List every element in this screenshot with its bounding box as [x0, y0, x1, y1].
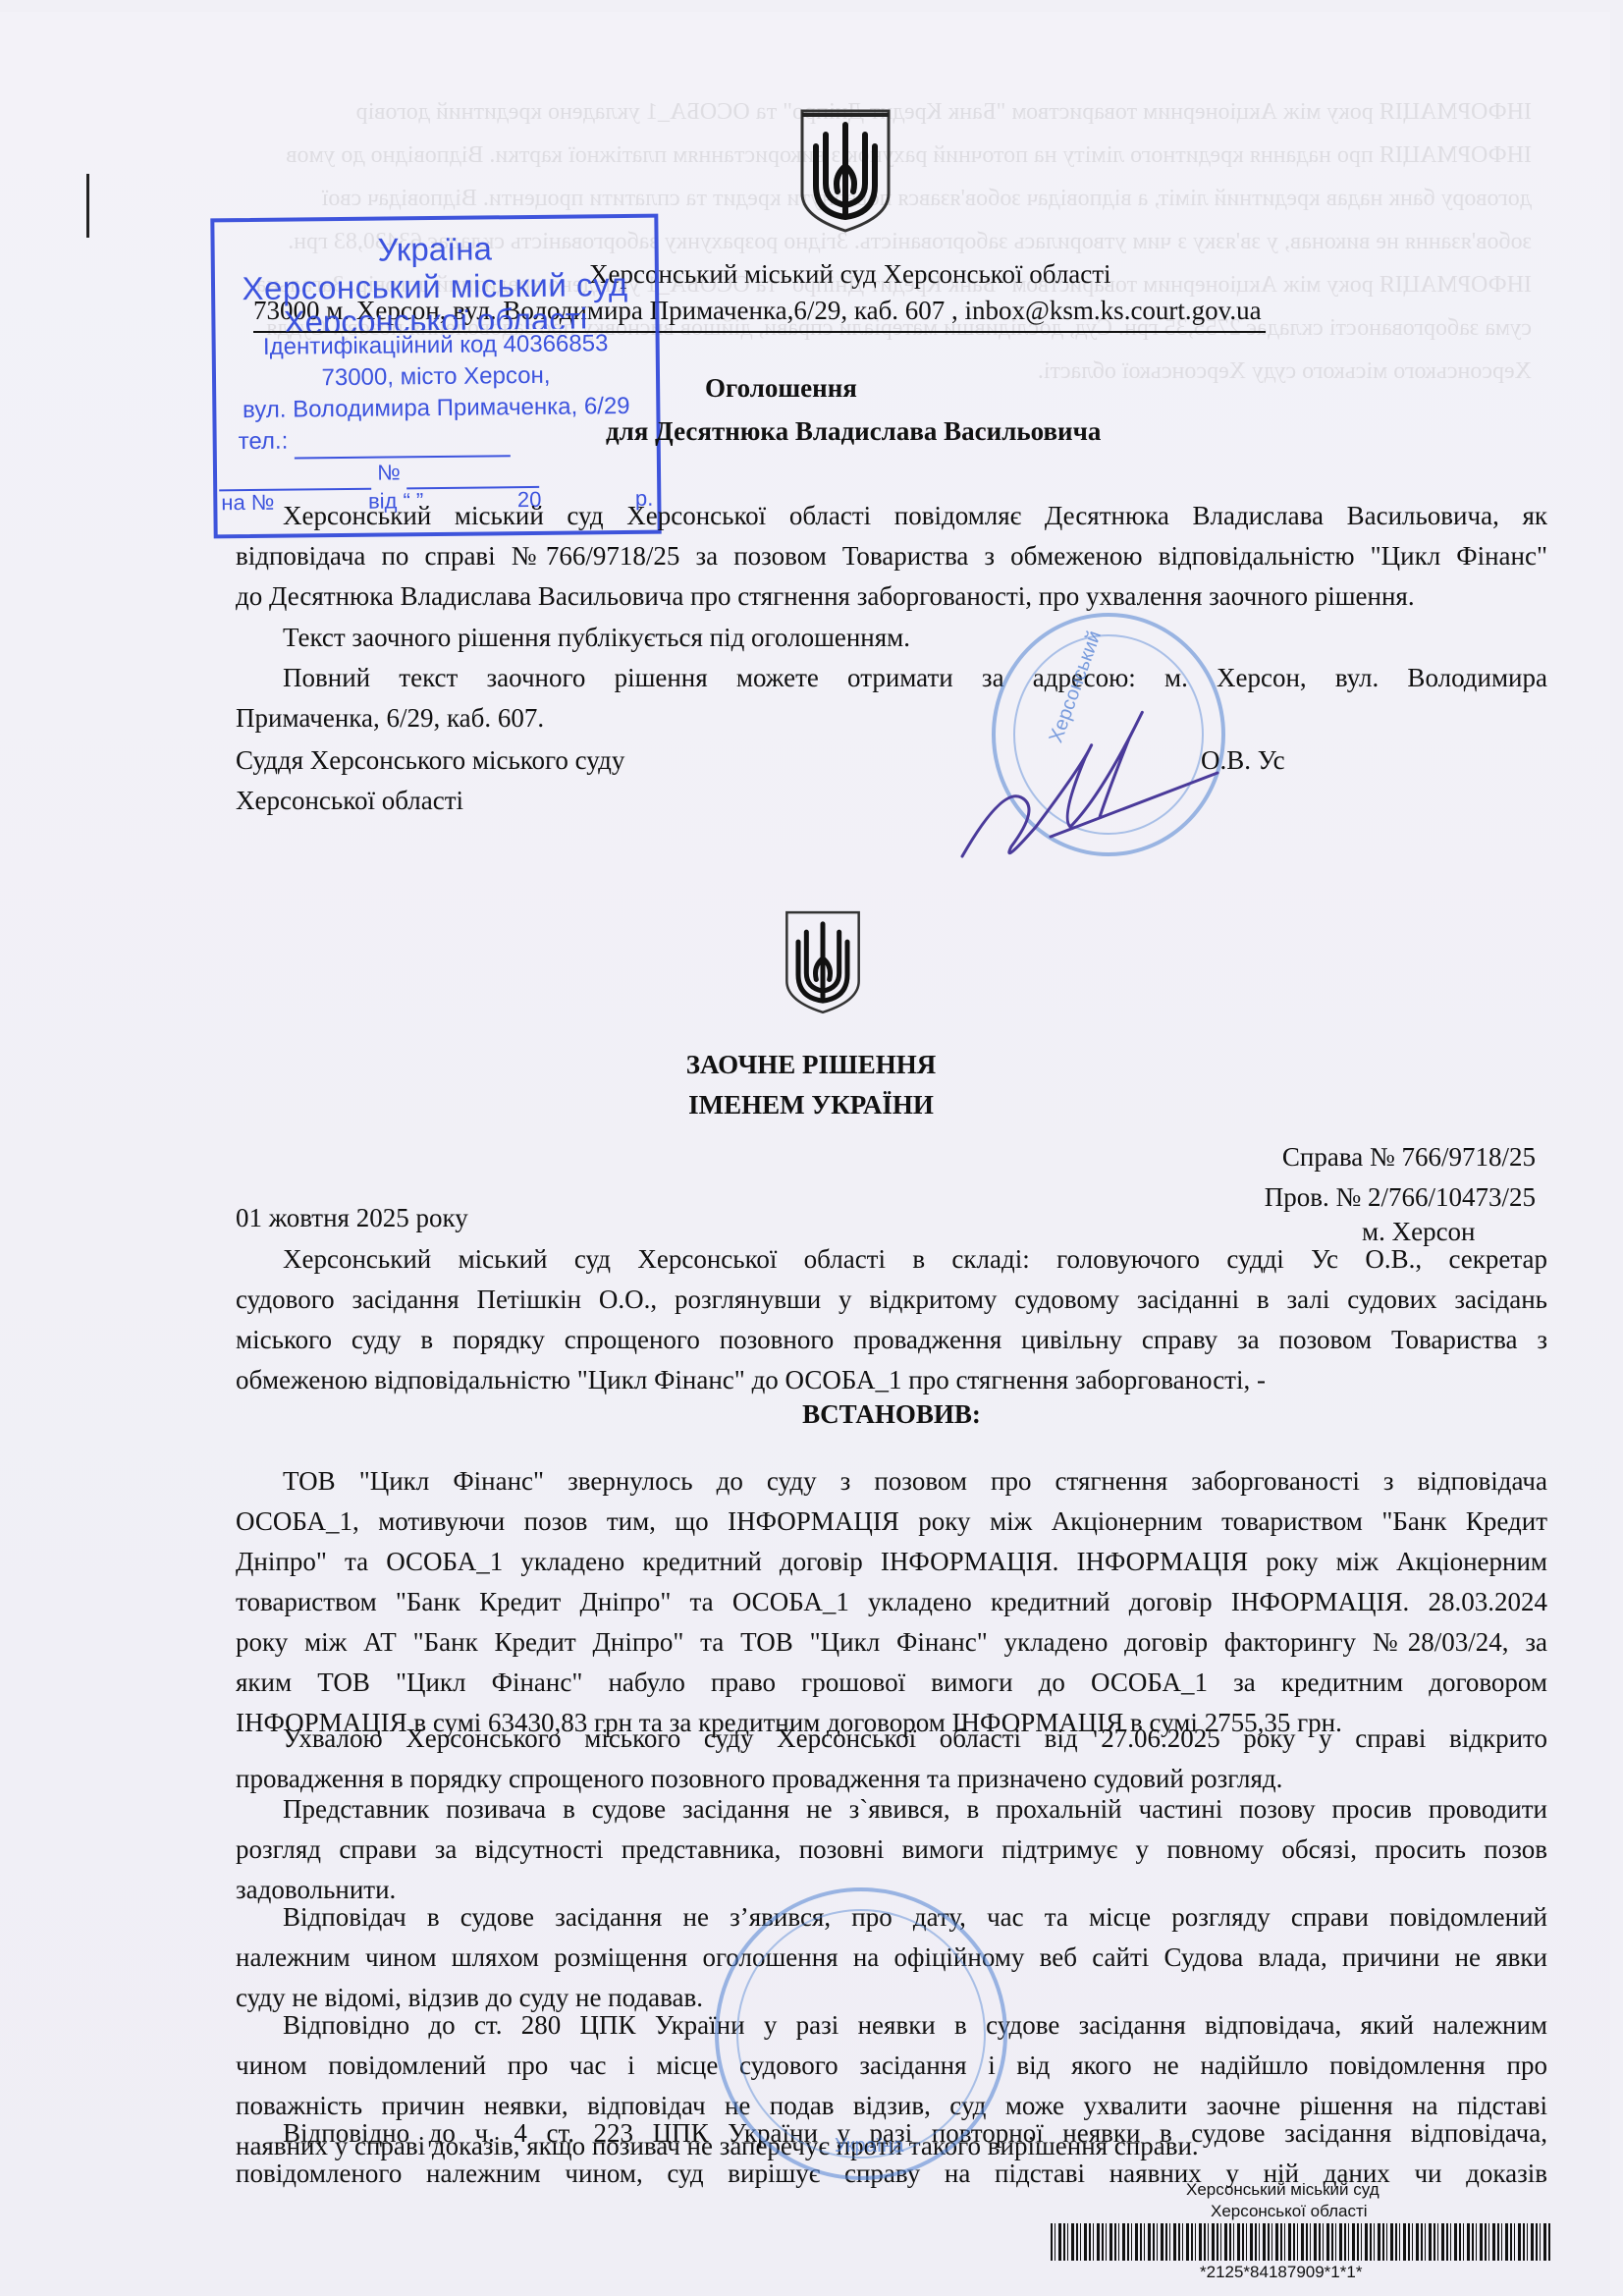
footer-court-line1: Херсонський міський суд: [1186, 2180, 1380, 2200]
announcement-p1-line: відповідача по справі №766/9718/25 за по…: [236, 536, 1547, 576]
stamp-number-blank-left: [219, 459, 371, 492]
barcode-text: *2125*84187909*1*1*: [1200, 2263, 1362, 2282]
document-barcode: [1051, 2223, 1551, 2261]
registration-stamp: Україна Херсонський міський суд Херсонсь…: [210, 214, 661, 539]
paragraph-line: Ухвалою Херсонського міського суду Херсо…: [236, 1719, 1547, 1759]
paragraph-line: Представник позивача в судове засідання …: [236, 1789, 1547, 1830]
decision-title-line2: ІМЕНЕМ УКРАЇНИ: [589, 1085, 1033, 1125]
stamp-city: 73000, місто Херсон,: [216, 359, 656, 396]
case-number: Справа № 766/9718/25: [1265, 1137, 1536, 1177]
paragraph-line: товариством "Банк Кредит Дніпро" та ОСОБ…: [236, 1582, 1547, 1622]
stamp-tel-label: тел.:: [239, 428, 289, 456]
scan-edge-mark: [86, 174, 89, 238]
judge-signature: [943, 680, 1237, 881]
decision-paragraph-1: ТОВ "Цикл Фінанс" звернулось до суду з п…: [236, 1461, 1547, 1743]
stamp-id-code: Ідентифікаційний код 40366853: [216, 328, 656, 364]
decision-date: 01 жовтня 2025 року: [236, 1198, 468, 1238]
decision-intro: Херсонський міський суд Херсонської обла…: [236, 1239, 1547, 1400]
decision-paragraph-2: Ухвалою Херсонського міського суду Херсо…: [236, 1719, 1547, 1799]
round-seal-lower: Україна: [715, 1887, 1007, 2180]
round-seal-lower-text: Україна: [835, 2135, 904, 2158]
paragraph-line: розгляд справи за відсутності представни…: [236, 1830, 1547, 1870]
stamp-street: вул. Володимира Примаченка, 6/29: [216, 391, 656, 427]
judge-title-line1: Суддя Херсонського міського суду: [236, 740, 624, 781]
announcement-p1-line: Херсонський міський суд Херсонської обла…: [236, 496, 1547, 536]
paragraph-line: ТОВ "Цикл Фінанс" звернулось до суду з п…: [236, 1461, 1547, 1502]
announcement-p1-line: до Десятнюка Владислава Васильовича про …: [236, 576, 1547, 617]
decision-title-line1: ЗАОЧНЕ РІШЕННЯ: [589, 1045, 1033, 1085]
intro-line: судового засідання Петішкін О.О., розгля…: [236, 1280, 1547, 1320]
stamp-country: Україна: [214, 228, 654, 272]
round-seal-lower-ring: [736, 1909, 986, 2159]
judge-title: Суддя Херсонського міського суду Херсонс…: [236, 740, 624, 821]
announcement-p3-line: Примаченка, 6/29, каб. 607.: [236, 698, 1547, 738]
tryzub-icon: [784, 908, 862, 1016]
letterhead-court-name: Херсонський міський суд Херсонської обла…: [589, 254, 1111, 295]
stamp-number-blank-right: [406, 457, 539, 489]
intro-line: міського суду в порядку спрощеного позов…: [236, 1320, 1547, 1360]
judge-title-line2: Херсонської області: [236, 781, 624, 821]
stamp-court-line1: Херсонський міський суд: [215, 267, 655, 307]
case-numbers: Справа № 766/9718/25 Пров. № 2/766/10473…: [1265, 1137, 1536, 1218]
announcement-title: Оголошення: [705, 368, 857, 409]
decision-title: ЗАОЧНЕ РІШЕННЯ ІМЕНЕМ УКРАЇНИ: [589, 1045, 1033, 1125]
tryzub-icon: [798, 107, 893, 235]
intro-line: Херсонський міський суд Херсонської обла…: [236, 1239, 1547, 1280]
document-page: ІНФОРМАЦІЯ року між Акціонерним товарист…: [0, 12, 1610, 2296]
established-heading: ВСТАНОВИВ:: [236, 1394, 1547, 1435]
announcement-paragraph-2: Текст заочного рішення публікується під …: [236, 618, 1547, 658]
announcement-paragraph-1: Херсонський міський суд Херсонської обла…: [236, 496, 1547, 617]
stamp-number-label: №: [377, 460, 401, 484]
footer-court-line2: Херсонської області: [1211, 2202, 1368, 2221]
paragraph-line: року між АТ "Банк Кредит Дніпро" та ТОВ …: [236, 1622, 1547, 1663]
stamp-tel: тел.:: [217, 422, 657, 461]
announcement-p3-line: Повний текст заочного рішення можете отр…: [236, 658, 1547, 698]
announcement-p2-text: Текст заочного рішення публікується під …: [236, 618, 1547, 658]
announcement-subtitle: для Десятнюка Владислава Васильовича: [606, 411, 1101, 452]
paragraph-line: ОСОБА_1, мотивуючи позов тим, що ІНФОРМА…: [236, 1502, 1547, 1542]
stamp-tel-blank: [295, 423, 511, 459]
stamp-number-row: №: [217, 456, 657, 492]
paragraph-line: яким ТОВ "Цикл Фінанс" набуло право грош…: [236, 1663, 1547, 1703]
announcement-paragraph-3: Повний текст заочного рішення можете отр…: [236, 658, 1547, 738]
paragraph-line: Дніпро" та ОСОБА_1 укладено кредитний до…: [236, 1542, 1547, 1582]
